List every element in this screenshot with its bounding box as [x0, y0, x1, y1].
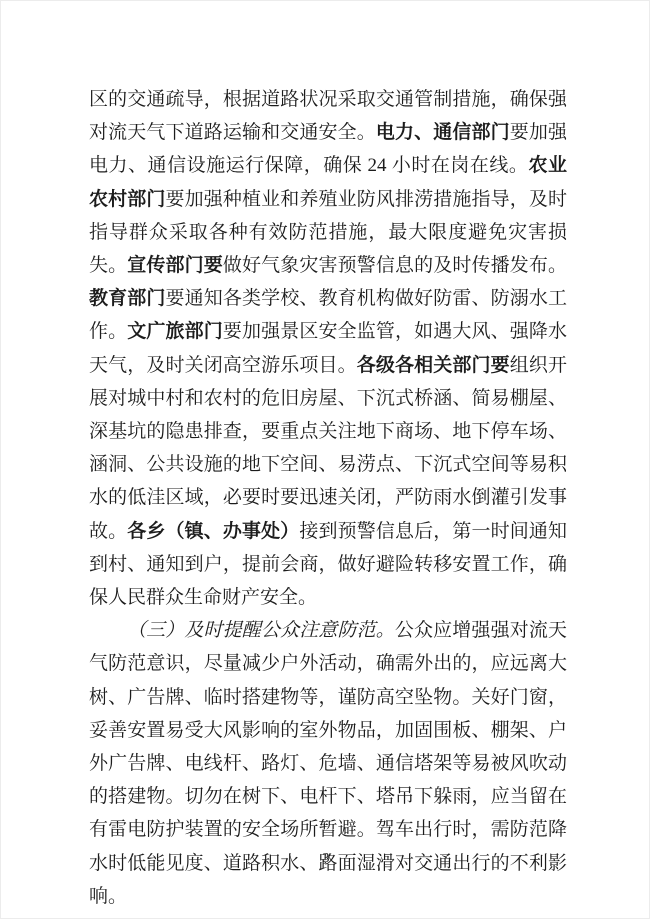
page-number: 3	[1, 850, 650, 868]
text-run: 各级各相关部门要	[357, 355, 510, 376]
text-run: 各乡（镇、办事处）	[127, 521, 299, 542]
text-run: （三）及时提醒公众注意防范。	[127, 620, 395, 641]
document-body: 区的交通疏导，根据道路状况采取交通管制措施，确保强对流天气下道路运输和交通安全。…	[89, 83, 567, 913]
paragraph: 区的交通疏导，根据道路状况采取交通管制措施，确保强对流天气下道路运输和交通安全。…	[89, 83, 567, 614]
paragraph: （三）及时提醒公众注意防范。公众应增强强对流天气防范意识，尽量减少户外活动，确需…	[89, 614, 567, 913]
document-page: 区的交通疏导，根据道路状况采取交通管制措施，确保强对流天气下道路运输和交通安全。…	[0, 0, 650, 919]
text-run: 组织开展对城中村和农村的危旧房屋、下沉式桥涵、简易棚屋、深基坑的隐患排查，要重点…	[89, 355, 567, 542]
text-run: 电力、通信部门	[376, 122, 510, 143]
text-run: 教育部门	[89, 288, 166, 309]
text-run: 宣传部门要	[127, 255, 223, 276]
text-run: 文广旅部门	[127, 321, 223, 342]
text-run: 做好气象灾害预警信息的及时传播发布。	[223, 255, 567, 276]
